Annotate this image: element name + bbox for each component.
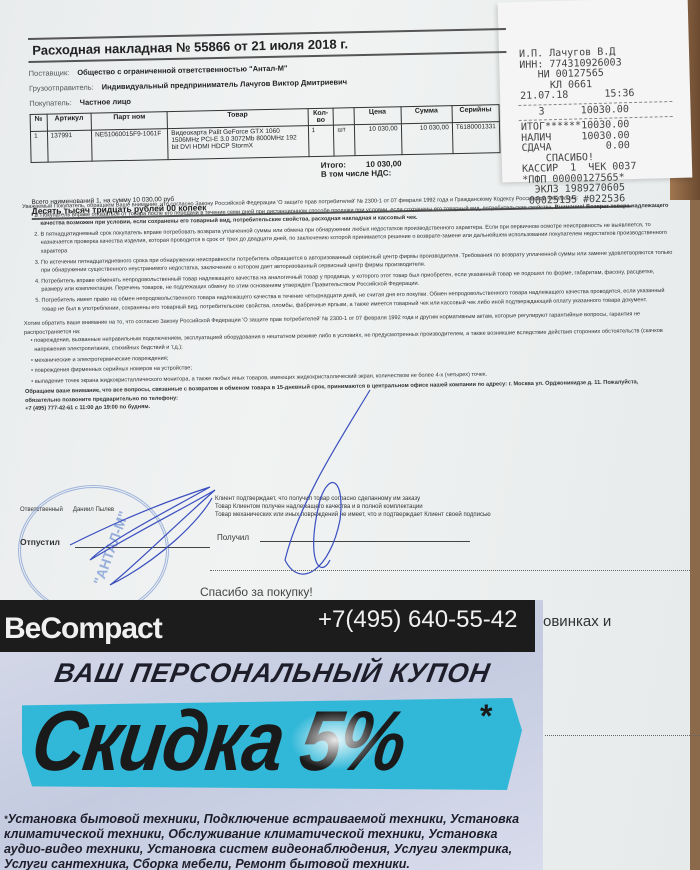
received-signature xyxy=(285,390,370,574)
cut-line xyxy=(210,570,690,571)
coupon-phone: +7(495) 640-55-42 xyxy=(318,606,517,634)
released-signature xyxy=(70,487,215,585)
discount-coupon: BeCompact +7(495) 640-55-42 ВАШ ПЕРСОНАЛ… xyxy=(0,600,543,870)
asterisk: * xyxy=(480,698,492,735)
flyer-snippet: овинках и xyxy=(543,613,611,630)
thanks-text: Спасибо за покупку! xyxy=(200,585,313,599)
brand-logo: BeCompact xyxy=(4,612,162,646)
cut-line xyxy=(545,735,700,736)
services-list: *Установка бытовой техники, Подключение … xyxy=(4,812,524,870)
photo-glare xyxy=(290,710,380,770)
services-text: Установка бытовой техники, Подключение в… xyxy=(4,812,519,870)
coupon-headline: ВАШ ПЕРСОНАЛЬНЫЙ КУПОН xyxy=(52,658,493,689)
